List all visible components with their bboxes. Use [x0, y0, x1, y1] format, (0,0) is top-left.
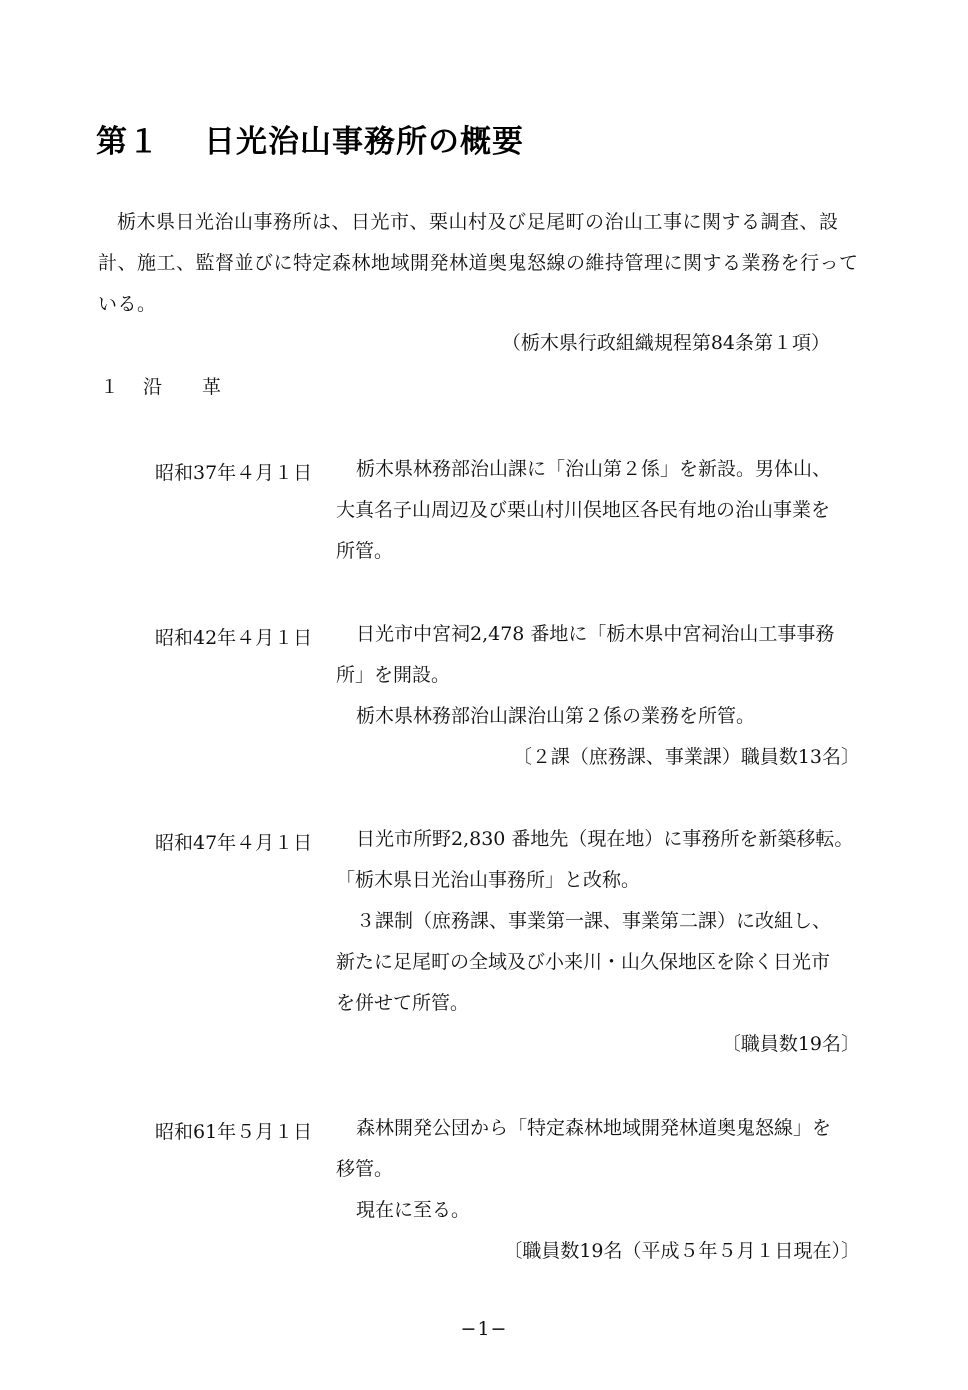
history-line: 所管。 [336, 540, 860, 581]
history-line: 移管。 [336, 1158, 860, 1199]
staff-count-note: 〔職員数19名（平成５年５月１日現在）〕 [336, 1240, 860, 1281]
history-date: 昭和47年４月１日 [155, 828, 312, 855]
history-line: ３課制（庶務課、事業第一課、事業第二課）に改組し、 [336, 910, 860, 951]
history-body: 森林開発公団から「特定森林地域開発林道奥鬼怒線」を 移管。 現在に至る。 〔職員… [336, 1117, 860, 1281]
history-line: を併せて所管。 [336, 992, 860, 1033]
history-line: 新たに足尾町の全域及び小来川・山久保地区を除く日光市 [336, 951, 860, 992]
section-heading: １沿革 [100, 372, 221, 399]
history-line: 日光市所野2,830 番地先（現在地）に事務所を新築移転。 [336, 828, 860, 869]
staff-count-note: 〔職員数19名〕 [336, 1033, 860, 1074]
title-text: 日光治山事務所の概要 [204, 124, 524, 160]
legal-citation: （栃木県行政組織規程第84条第１項） [502, 328, 830, 355]
history-line: 「栃木県日光治山事務所」と改称。 [336, 869, 860, 910]
title-number: 第１ [96, 124, 160, 160]
section-number: １ [100, 376, 119, 398]
history-line: 日光市中宮祠2,478 番地に「栃木県中宮祠治山工事事務 [336, 623, 860, 664]
section-title-char-2: 革 [202, 376, 221, 398]
history-line: 栃木県林務部治山課治山第２係の業務を所管。 [336, 705, 860, 746]
document-page: 第１日光治山事務所の概要 栃木県日光治山事務所は、日光市、栗山村及び足尾町の治山… [0, 0, 968, 1390]
history-date: 昭和37年４月１日 [155, 458, 312, 485]
staff-count-note: 〔２課（庶務課、事業課）職員数13名〕 [336, 746, 860, 787]
page-number: −1− [0, 1318, 968, 1340]
history-line: 栃木県林務部治山課に「治山第２係」を新設。男体山、 [336, 458, 860, 499]
history-body: 栃木県林務部治山課に「治山第２係」を新設。男体山、 大真名子山周辺及び栗山村川俣… [336, 458, 860, 581]
history-body: 日光市所野2,830 番地先（現在地）に事務所を新築移転。 「栃木県日光治山事務… [336, 828, 860, 1074]
history-body: 日光市中宮祠2,478 番地に「栃木県中宮祠治山工事事務 所」を開設。 栃木県林… [336, 623, 860, 787]
history-date: 昭和42年４月１日 [155, 623, 312, 650]
section-title-char-1: 沿 [143, 376, 162, 398]
history-line: 大真名子山周辺及び栗山村川俣地区各民有地の治山事業を [336, 499, 860, 540]
history-date: 昭和61年５月１日 [155, 1117, 312, 1144]
history-line: 森林開発公団から「特定森林地域開発林道奥鬼怒線」を [336, 1117, 860, 1158]
history-line: 現在に至る。 [336, 1199, 860, 1240]
intro-paragraph: 栃木県日光治山事務所は、日光市、栗山村及び足尾町の治山工事に関する調査、設計、施… [98, 202, 868, 325]
page-title: 第１日光治山事務所の概要 [96, 116, 524, 161]
history-line: 所」を開設。 [336, 664, 860, 705]
